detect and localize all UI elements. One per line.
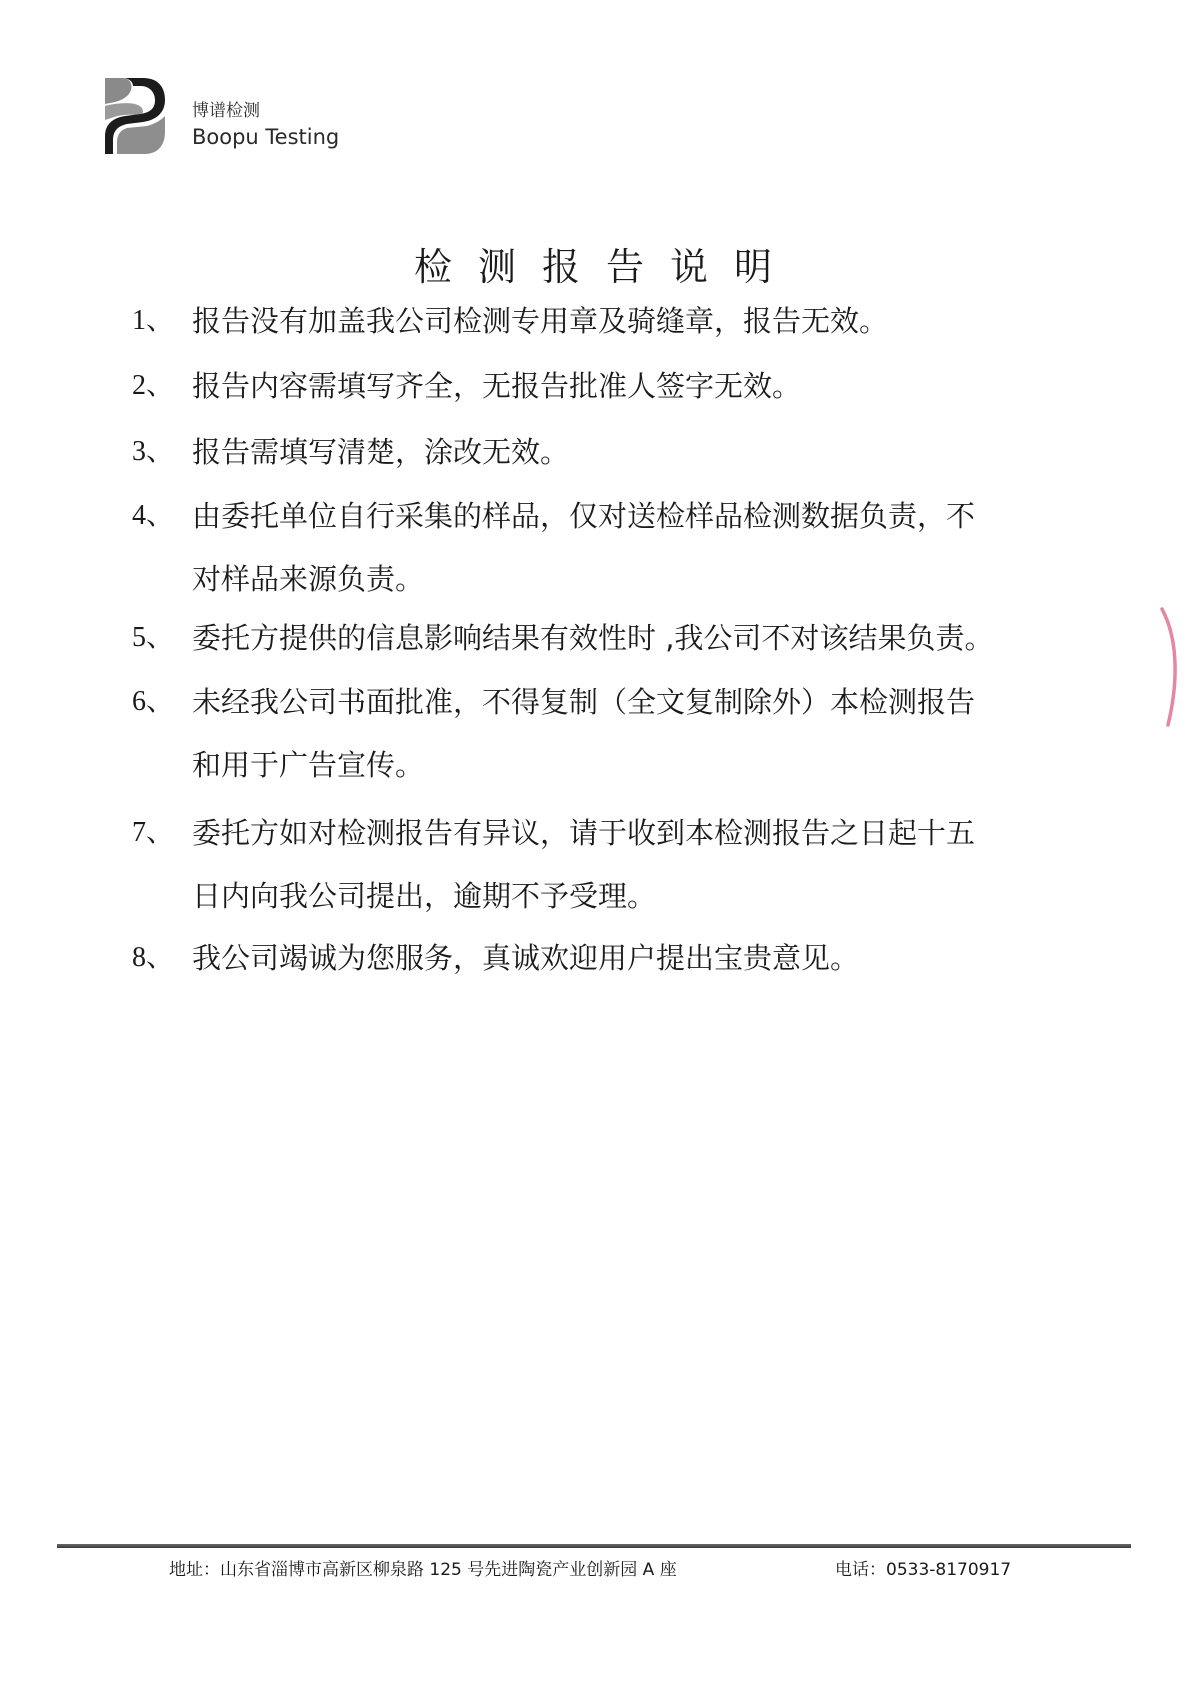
item-number: 6、 — [132, 684, 192, 720]
list-item-text: 我公司竭诚为您服务，真诚欢迎用户提出宝贵意见。 — [192, 940, 1092, 976]
list-item-text: 委托方如对检测报告有异议，请于收到本检测报告之日起十五 — [192, 815, 1092, 851]
item-number: 2、 — [132, 368, 192, 404]
list-item-text: 报告没有加盖我公司检测专用章及骑缝章，报告无效。 — [192, 303, 1092, 339]
list-item-text: 报告需填写清楚，涂改无效。 — [192, 434, 1092, 470]
brand-name-cn: 博谱检测 — [192, 103, 339, 120]
list-item-text-continued: 对样品来源负责。 — [192, 561, 1092, 597]
item-number: 1、 — [132, 303, 192, 339]
list-item-text: 由委托单位自行采集的样品，仅对送检样品检测数据负责，不 — [192, 498, 1092, 534]
seal-stamp-fragment — [1150, 605, 1190, 730]
item-number: 7、 — [132, 815, 192, 851]
boopu-logo-icon — [103, 76, 167, 156]
list-item-text: 未经我公司书面批准，不得复制（全文复制除外）本检测报告 — [192, 684, 1092, 720]
item-number: 5、 — [132, 620, 192, 656]
list-item-text: 报告内容需填写齐全，无报告批准人签字无效。 — [192, 368, 1092, 404]
footer-address: 地址：山东省淄博市高新区柳泉路 125 号先进陶瓷产业创新园 A 座 — [169, 1559, 677, 1581]
item-number: 4、 — [132, 498, 192, 534]
item-number: 3、 — [132, 434, 192, 470]
list-item-text-continued: 日内向我公司提出，逾期不予受理。 — [192, 878, 1092, 914]
brand-block: 博谱检测 Boopu Testing — [192, 103, 339, 148]
brand-name-en: Boopu Testing — [192, 127, 339, 148]
list-item-text-continued: 和用于广告宣传。 — [192, 747, 1092, 783]
list-item-text: 委托方提供的信息影响结果有效性时 ,我公司不对该结果负责。 — [192, 620, 1092, 656]
item-number: 8、 — [132, 940, 192, 976]
footer-divider — [57, 1544, 1131, 1548]
footer-phone: 电话：0533-8170917 — [835, 1559, 1011, 1581]
page-title: 检测报告说明 — [0, 236, 1200, 291]
